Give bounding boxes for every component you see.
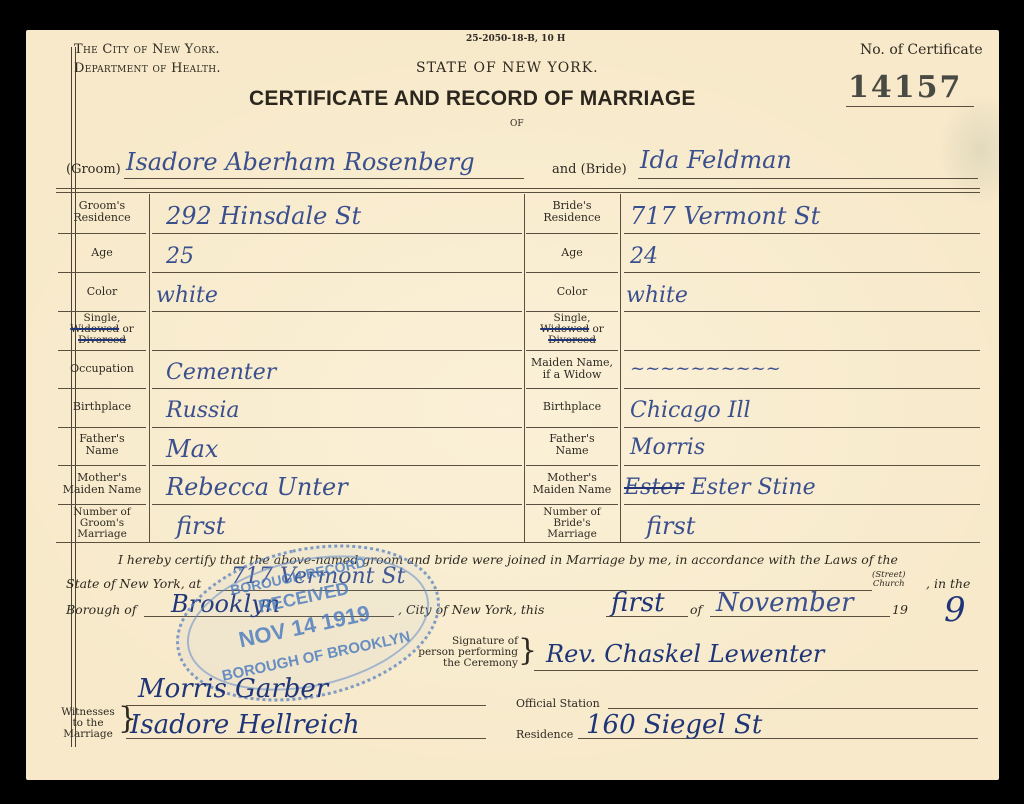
- groom-marriage-number-label: Number of Groom's Marriage: [61, 507, 143, 540]
- bride-marriage-number-value: first: [646, 512, 695, 540]
- marriage-certificate: The City of New York. Department of Heal…: [26, 30, 999, 780]
- groom-mother-label: Mother's Maiden Name: [56, 472, 148, 496]
- bride-birthplace-label: Birthplace: [526, 401, 618, 413]
- residence-label: Residence: [516, 728, 573, 741]
- groom-age-label: Age: [56, 247, 148, 259]
- groom-color-value: white: [156, 283, 218, 308]
- certificate-number: 14157: [848, 70, 962, 105]
- ceremony-month: November: [716, 588, 854, 618]
- groom-residence-label: Groom's Residence: [56, 200, 148, 224]
- bride-residence-label: Bride's Residence: [526, 200, 618, 224]
- groom-marital-status-label: Single, Widowed or Divorced: [56, 313, 148, 346]
- groom-birthplace-value: Russia: [166, 398, 239, 423]
- groom-father-label: Father's Name: [66, 433, 138, 457]
- street-church-note: (Street)Church: [872, 571, 905, 589]
- year-suffix: 9: [944, 590, 966, 630]
- groom-residence-value: 292 Hinsdale St: [166, 202, 361, 230]
- groom-label: (Groom): [66, 162, 121, 177]
- certification-in-the: , in the: [926, 576, 970, 591]
- signature-label: Signature ofperson performingthe Ceremon…: [406, 636, 518, 669]
- certificate-number-label: No. of Certificate: [860, 42, 983, 58]
- bride-label: and (Bride): [552, 162, 627, 177]
- witness-1-signature: Morris Garber: [138, 674, 328, 704]
- signature-brace: }: [518, 634, 537, 668]
- of-text: of: [690, 602, 702, 617]
- witnesses-label: Witnessesto theMarriage: [56, 707, 120, 740]
- officiant-residence: 160 Siegel St: [586, 710, 762, 740]
- borough-prefix: Borough of: [66, 602, 136, 617]
- bride-age-value: 24: [630, 244, 658, 269]
- bride-residence-value: 717 Vermont St: [630, 202, 820, 230]
- form-number: 25-2050-18-B, 10 H: [466, 34, 565, 44]
- bride-name: Ida Feldman: [640, 146, 792, 174]
- bride-marriage-number-label: Number of Bride's Marriage: [531, 507, 613, 540]
- bride-age-label: Age: [526, 247, 618, 259]
- bride-color-value: white: [626, 283, 688, 308]
- bride-mother-label: Mother's Maiden Name: [526, 472, 618, 496]
- bride-maiden-widow-label: Maiden Name, if a Widow: [526, 357, 618, 381]
- city-heading: The City of New York.: [74, 42, 220, 57]
- state-heading: STATE OF NEW YORK.: [416, 60, 599, 76]
- groom-mother-value: Rebecca Unter: [166, 473, 348, 501]
- title-of: OF: [510, 119, 524, 129]
- left-border-rule: [71, 47, 76, 747]
- groom-father-value: Max: [166, 435, 218, 463]
- officiant-signature: Rev. Chaskel Lewenter: [546, 640, 824, 668]
- groom-marriage-number-value: first: [176, 512, 225, 540]
- bride-maiden-widow-value: ~~~~~~~~~~: [630, 358, 781, 379]
- groom-color-label: Color: [56, 286, 148, 298]
- bride-mother-value: Ester Ester Stine: [624, 475, 816, 500]
- witness-2-signature: Isadore Hellreich: [130, 710, 360, 740]
- groom-occupation-value: Cementer: [166, 360, 276, 385]
- bride-father-label: Father's Name: [536, 433, 608, 457]
- groom-occupation-label: Occupation: [56, 363, 148, 375]
- bride-father-value: Morris: [630, 435, 705, 460]
- department-heading: Department of Health.: [74, 61, 221, 76]
- groom-birthplace-label: Birthplace: [56, 401, 148, 413]
- ceremony-day: first: [611, 588, 665, 618]
- certificate-title: CERTIFICATE AND RECORD OF MARRIAGE: [249, 87, 696, 111]
- groom-age-value: 25: [166, 244, 194, 269]
- bride-mother-struck: Ester: [624, 475, 684, 500]
- year-prefix: 19: [892, 602, 908, 617]
- bride-marital-status-label: Single, Widowed or Divorced: [526, 313, 618, 346]
- official-station-label: Official Station: [516, 697, 600, 710]
- certification-at-prefix: State of New York, at: [66, 576, 201, 591]
- bride-color-label: Color: [526, 286, 618, 298]
- groom-name: Isadore Aberham Rosenberg: [126, 148, 475, 176]
- bride-birthplace-value: Chicago Ill: [630, 398, 751, 423]
